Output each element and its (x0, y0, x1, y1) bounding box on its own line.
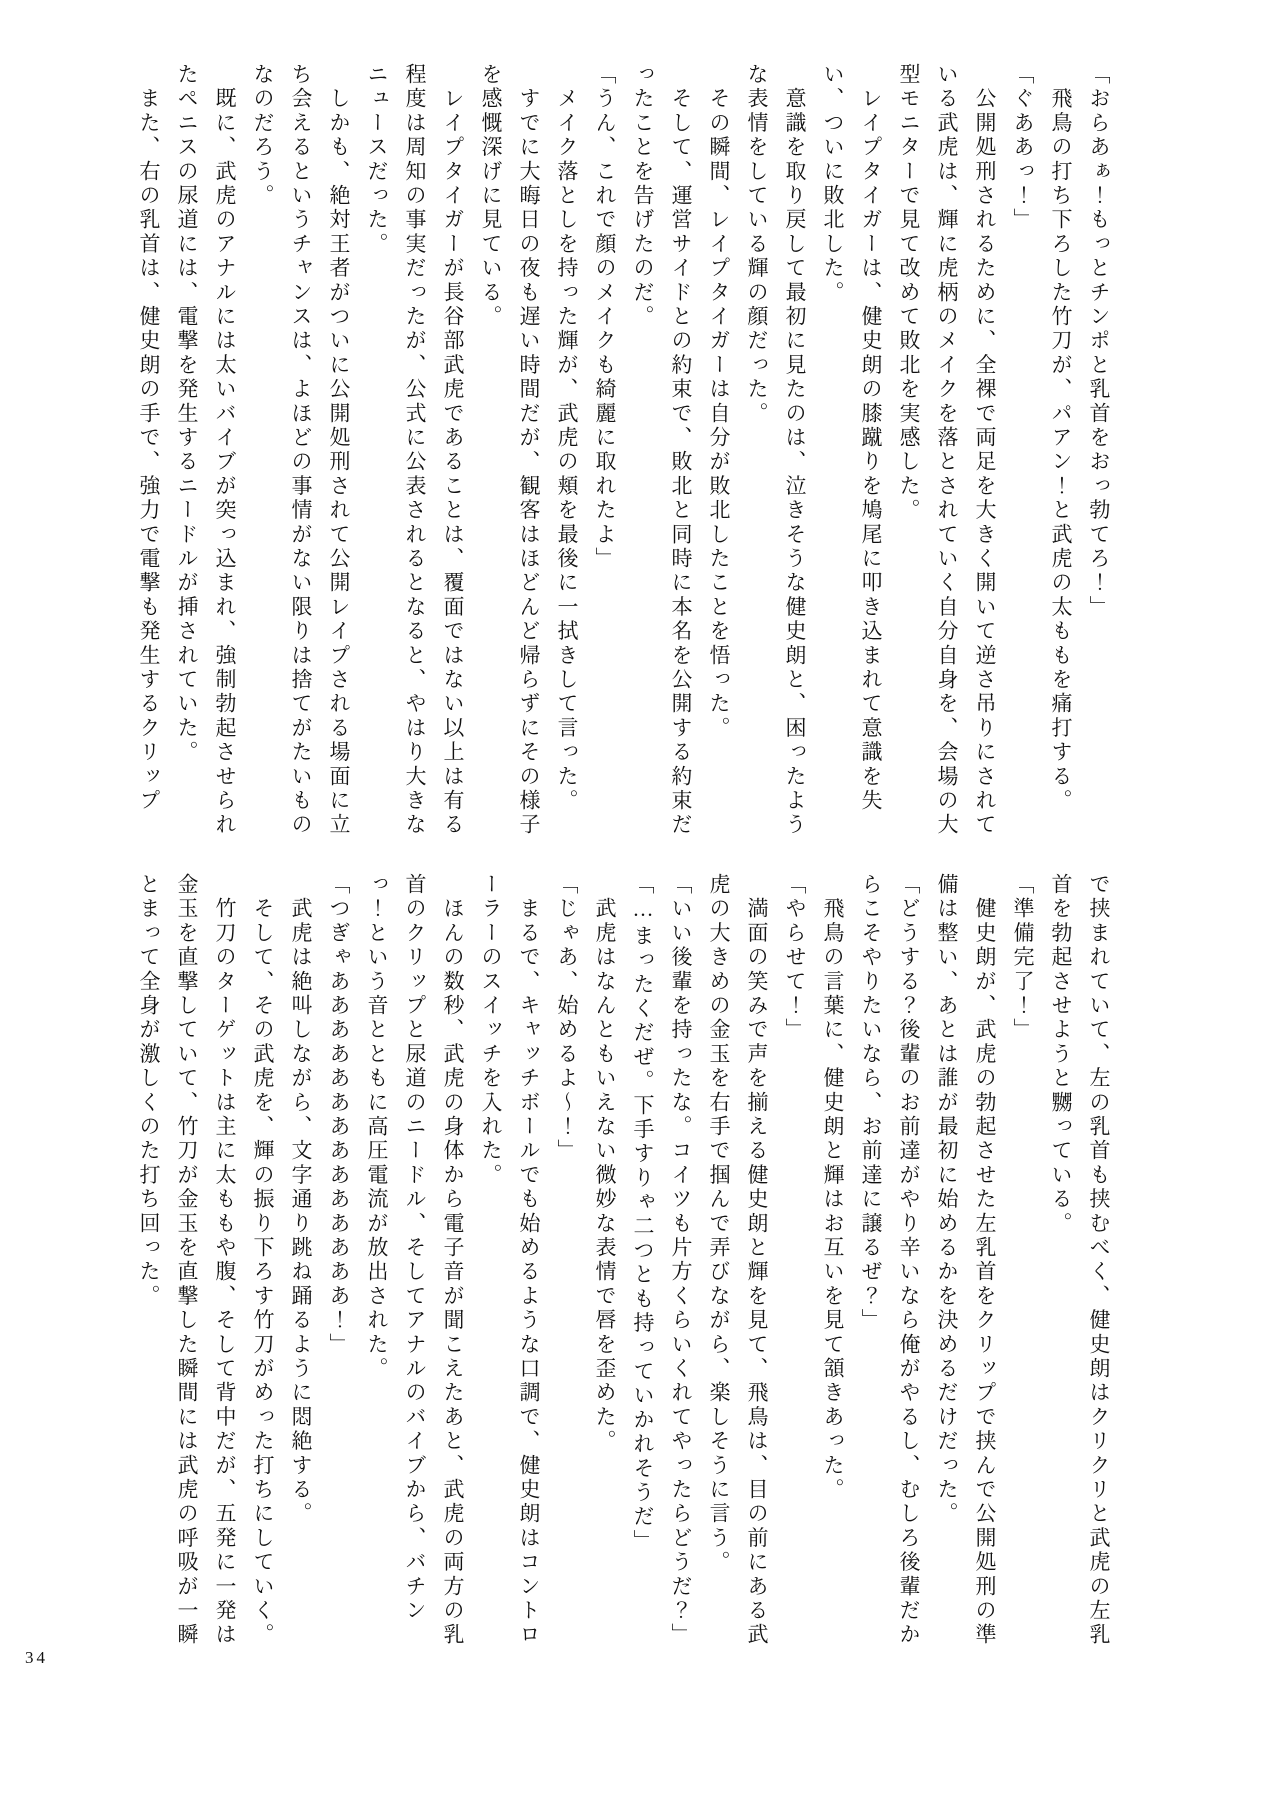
paragraph: 公開処刑されるために、全裸で両足を大きく開いて逆さ吊りにされている武虎は、輝に虎… (890, 63, 1004, 839)
paragraph: まるで、キャッチボールでも始めるような口調で、健史朗はコントローラーのスイッチを… (472, 873, 548, 1649)
paragraph: 満面の笑みで声を揃える健史朗と輝を見て、飛鳥は、目の前にある武虎の大きめの金玉を… (700, 873, 776, 1649)
paragraph: 既に、武虎のアナルには太いバイブが突っ込まれ、強制勃起させられたペニスの尿道には… (168, 63, 244, 839)
page-number: 34 (25, 1648, 48, 1668)
paragraph: 「…まったくだぜ。下手すりゃ二つとも持っていかれそうだ」 (624, 873, 662, 1649)
paragraph: その瞬間、レイプタイガーは自分が敗北したことを悟った。 (700, 63, 738, 839)
novel-page: 「おらあぁ！もっとチンポと乳首をおっ勃てろ！」 飛鳥の打ち下ろした竹刀が、パアン… (0, 0, 1280, 1807)
paragraph: 「つぎゃああああああああああああああ！」 (320, 873, 358, 1649)
paragraph: メイク落としを持った輝が、武虎の頬を最後に一拭きして言った。 (548, 63, 586, 839)
paragraph: レイプタイガーが長谷部武虎であることは、覆面ではない以上は有る程度は周知の事実だ… (358, 63, 472, 839)
paragraph: 「うん、これで顔のメイクも綺麗に取れたよ」 (586, 63, 624, 839)
paragraph: 「おらあぁ！もっとチンポと乳首をおっ勃てろ！」 (1080, 63, 1118, 839)
paragraph: 竹刀のターゲットは主に太ももや腹、そして背中だが、五発に一発は金玉を直撃していて… (130, 873, 244, 1649)
paragraph: そして、運営サイドとの約束で、敗北と同時に本名を公開する約束だったことを告げたの… (624, 63, 700, 839)
paragraph: 飛鳥の言葉に、健史朗と輝はお互いを見て頷きあった。 (814, 873, 852, 1649)
paragraph: 武虎はなんともいえない微妙な表情で唇を歪めた。 (586, 873, 624, 1649)
paragraph: 「やらせて！」 (776, 873, 814, 1649)
paragraph: 「どうする？後輩のお前達がやり辛いなら俺がやるし、むしろ後輩だからこそやりたいな… (852, 873, 928, 1649)
paragraph: また、右の乳首は、健史朗の手で、強力で電撃も発生するクリップ (130, 63, 168, 839)
paragraph: ほんの数秒、武虎の身体から電子音が聞こえたあと、武虎の両方の乳首のクリップと尿道… (358, 873, 472, 1649)
paragraph: すでに大晦日の夜も遅い時間だが、観客はほどんど帰らずにその様子を感慨深げに見てい… (472, 63, 548, 839)
paragraph: 意識を取り戻して最初に見たのは、泣きそうな健史朗と、困ったような表情をしている輝… (738, 63, 814, 839)
paragraph: しかも、絶対王者がついに公開処刑されて公開レイプされる場面に立ち会えるというチャ… (244, 63, 358, 839)
paragraph: そして、その武虎を、輝の振り下ろす竹刀がめった打ちにしていく。 (244, 873, 282, 1649)
text-block-top: 「おらあぁ！もっとチンポと乳首をおっ勃てろ！」 飛鳥の打ち下ろした竹刀が、パアン… (126, 63, 1118, 839)
paragraph: 「いい後輩を持ったな。コイツも片方くらいくれてやったらどうだ？」 (662, 873, 700, 1649)
text-block-bottom: で挟まれていて、左の乳首も挟むべく、健史朗はクリクリと武虎の左乳首を勃起させよう… (126, 873, 1118, 1649)
paragraph: 「準備完了！」 (1004, 873, 1042, 1649)
paragraph: 健史朗が、武虎の勃起させた左乳首をクリップで挟んで公開処刑の準備は整い、あとは誰… (928, 873, 1004, 1649)
paragraph: 飛鳥の打ち下ろした竹刀が、パアン！と武虎の太ももを痛打する。 (1042, 63, 1080, 839)
paragraph: 「ぐああっ！」 (1004, 63, 1042, 839)
paragraph: 「じゃあ、始めるよ〜！」 (548, 873, 586, 1649)
paragraph: 武虎は絶叫しながら、文字通り跳ね踊るように悶絶する。 (282, 873, 320, 1649)
paragraph: で挟まれていて、左の乳首も挟むべく、健史朗はクリクリと武虎の左乳首を勃起させよう… (1042, 873, 1118, 1649)
paragraph: レイプタイガーは、健史朗の膝蹴りを鳩尾に叩き込まれて意識を失い、ついに敗北した。 (814, 63, 890, 839)
